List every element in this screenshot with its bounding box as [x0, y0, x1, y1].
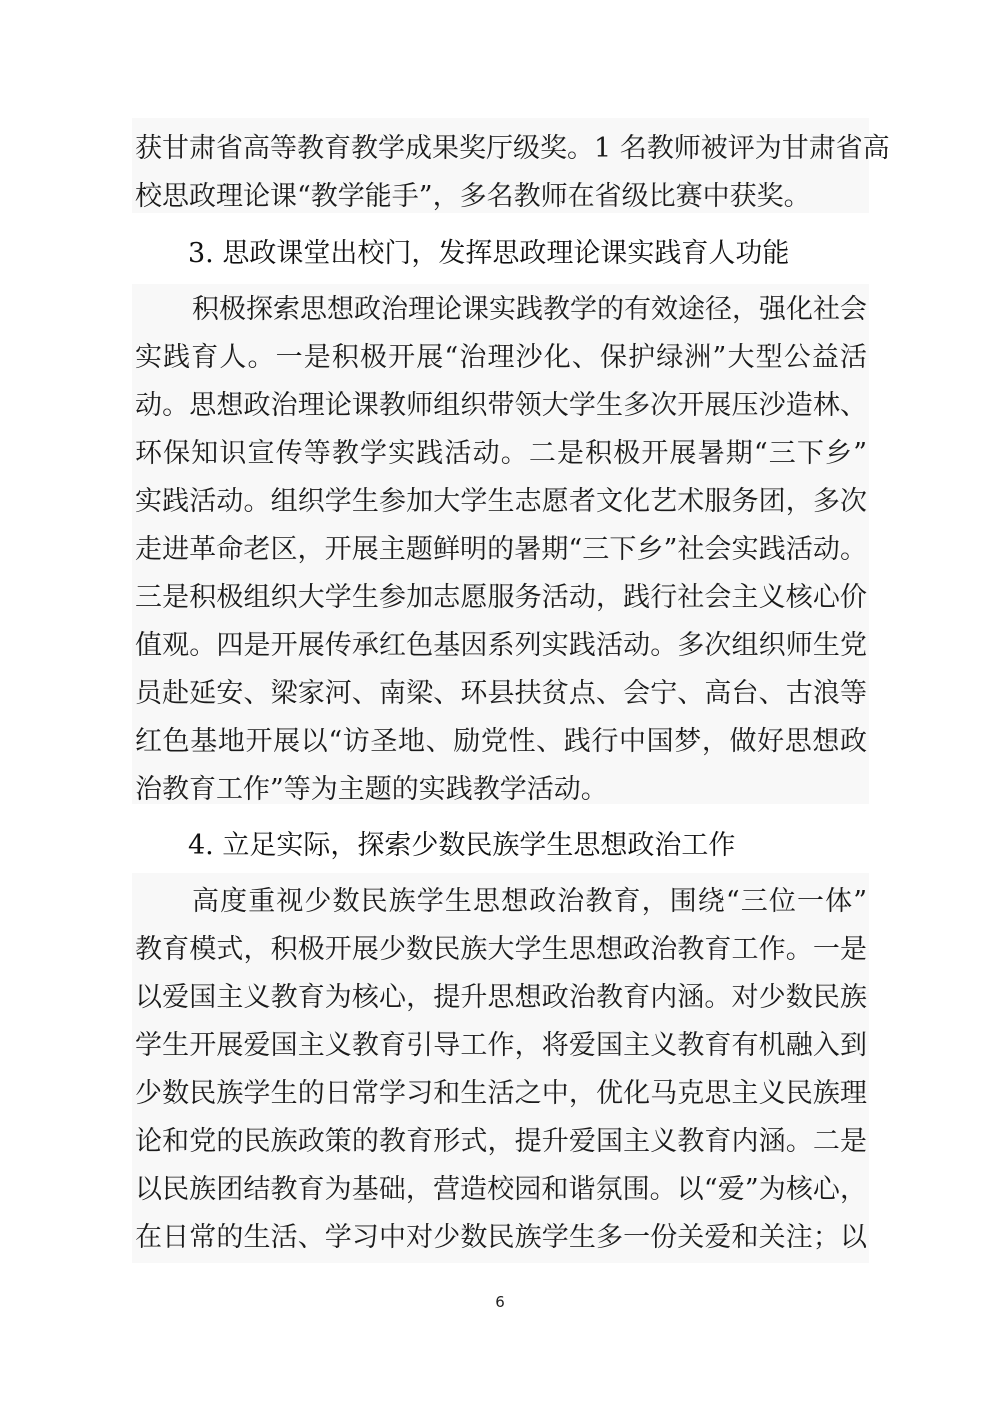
paragraph-3-line: 论和党的民族政策的教育形式，提升爱国主义教育内涵。二是 — [135, 1125, 867, 1159]
page-number: 6 — [0, 1293, 1000, 1311]
paragraph-3-line: 教育模式，积极开展少数民族大学生思想政治教育工作。一是 — [135, 933, 867, 967]
paragraph-3-line: 学生开展爱国主义教育引导工作，将爱国主义教育有机融入到 — [135, 1029, 867, 1063]
paragraph-2-line: 员赴延安、梁家河、南梁、环县扶贫点、会宁、高台、古浪等 — [135, 677, 867, 711]
paragraph-3-line: 在日常的生活、学习中对少数民族学生多一份关爱和关注；以 — [135, 1221, 867, 1255]
section-heading-3: 3. 思政课堂出校门，发挥思政理论课实践育人功能 — [188, 237, 789, 271]
paragraph-2-line: 治教育工作”等为主题的实践教学活动。 — [135, 773, 867, 807]
paragraph-2-line: 积极探索思想政治理论课实践教学的有效途径，强化社会 — [192, 293, 867, 327]
paragraph-1-line: 获甘肃省高等教育教学成果奖厅级奖。1 名教师被评为甘肃省高 — [135, 132, 867, 166]
paragraph-2-line: 实践活动。组织学生参加大学生志愿者文化艺术服务团，多次 — [135, 485, 867, 519]
paragraph-2-line: 环保知识宣传等教学实践活动。二是积极开展暑期“三下乡” — [135, 437, 867, 471]
paragraph-1-line: 校思政理论课“教学能手”，多名教师在省级比赛中获奖。 — [135, 180, 867, 214]
document-page: 获甘肃省高等教育教学成果奖厅级奖。1 名教师被评为甘肃省高 校思政理论课“教学能… — [0, 0, 1000, 1414]
paragraph-2-line: 值观。四是开展传承红色基因系列实践活动。多次组织师生党 — [135, 629, 867, 663]
paragraph-2-line: 三是积极组织大学生参加志愿服务活动，践行社会主义核心价 — [135, 581, 867, 615]
paragraph-2-line: 实践育人。一是积极开展“治理沙化、保护绿洲”大型公益活 — [135, 341, 867, 375]
paragraph-2-line: 动。思想政治理论课教师组织带领大学生多次开展压沙造林、 — [135, 389, 867, 423]
section-heading-4: 4. 立足实际，探索少数民族学生思想政治工作 — [188, 829, 735, 863]
paragraph-2-line: 红色基地开展以“访圣地、励党性、践行中国梦，做好思想政 — [135, 725, 867, 759]
paragraph-3-line: 高度重视少数民族学生思想政治教育，围绕“三位一体” — [192, 885, 867, 919]
paragraph-3-line: 以民族团结教育为基础，营造校园和谐氛围。以“爱”为核心， — [135, 1173, 867, 1207]
paragraph-2-line: 走进革命老区，开展主题鲜明的暑期“三下乡”社会实践活动。 — [135, 533, 867, 567]
paragraph-3-line: 以爱国主义教育为核心，提升思想政治教育内涵。对少数民族 — [135, 981, 867, 1015]
paragraph-3-line: 少数民族学生的日常学习和生活之中，优化马克思主义民族理 — [135, 1077, 867, 1111]
